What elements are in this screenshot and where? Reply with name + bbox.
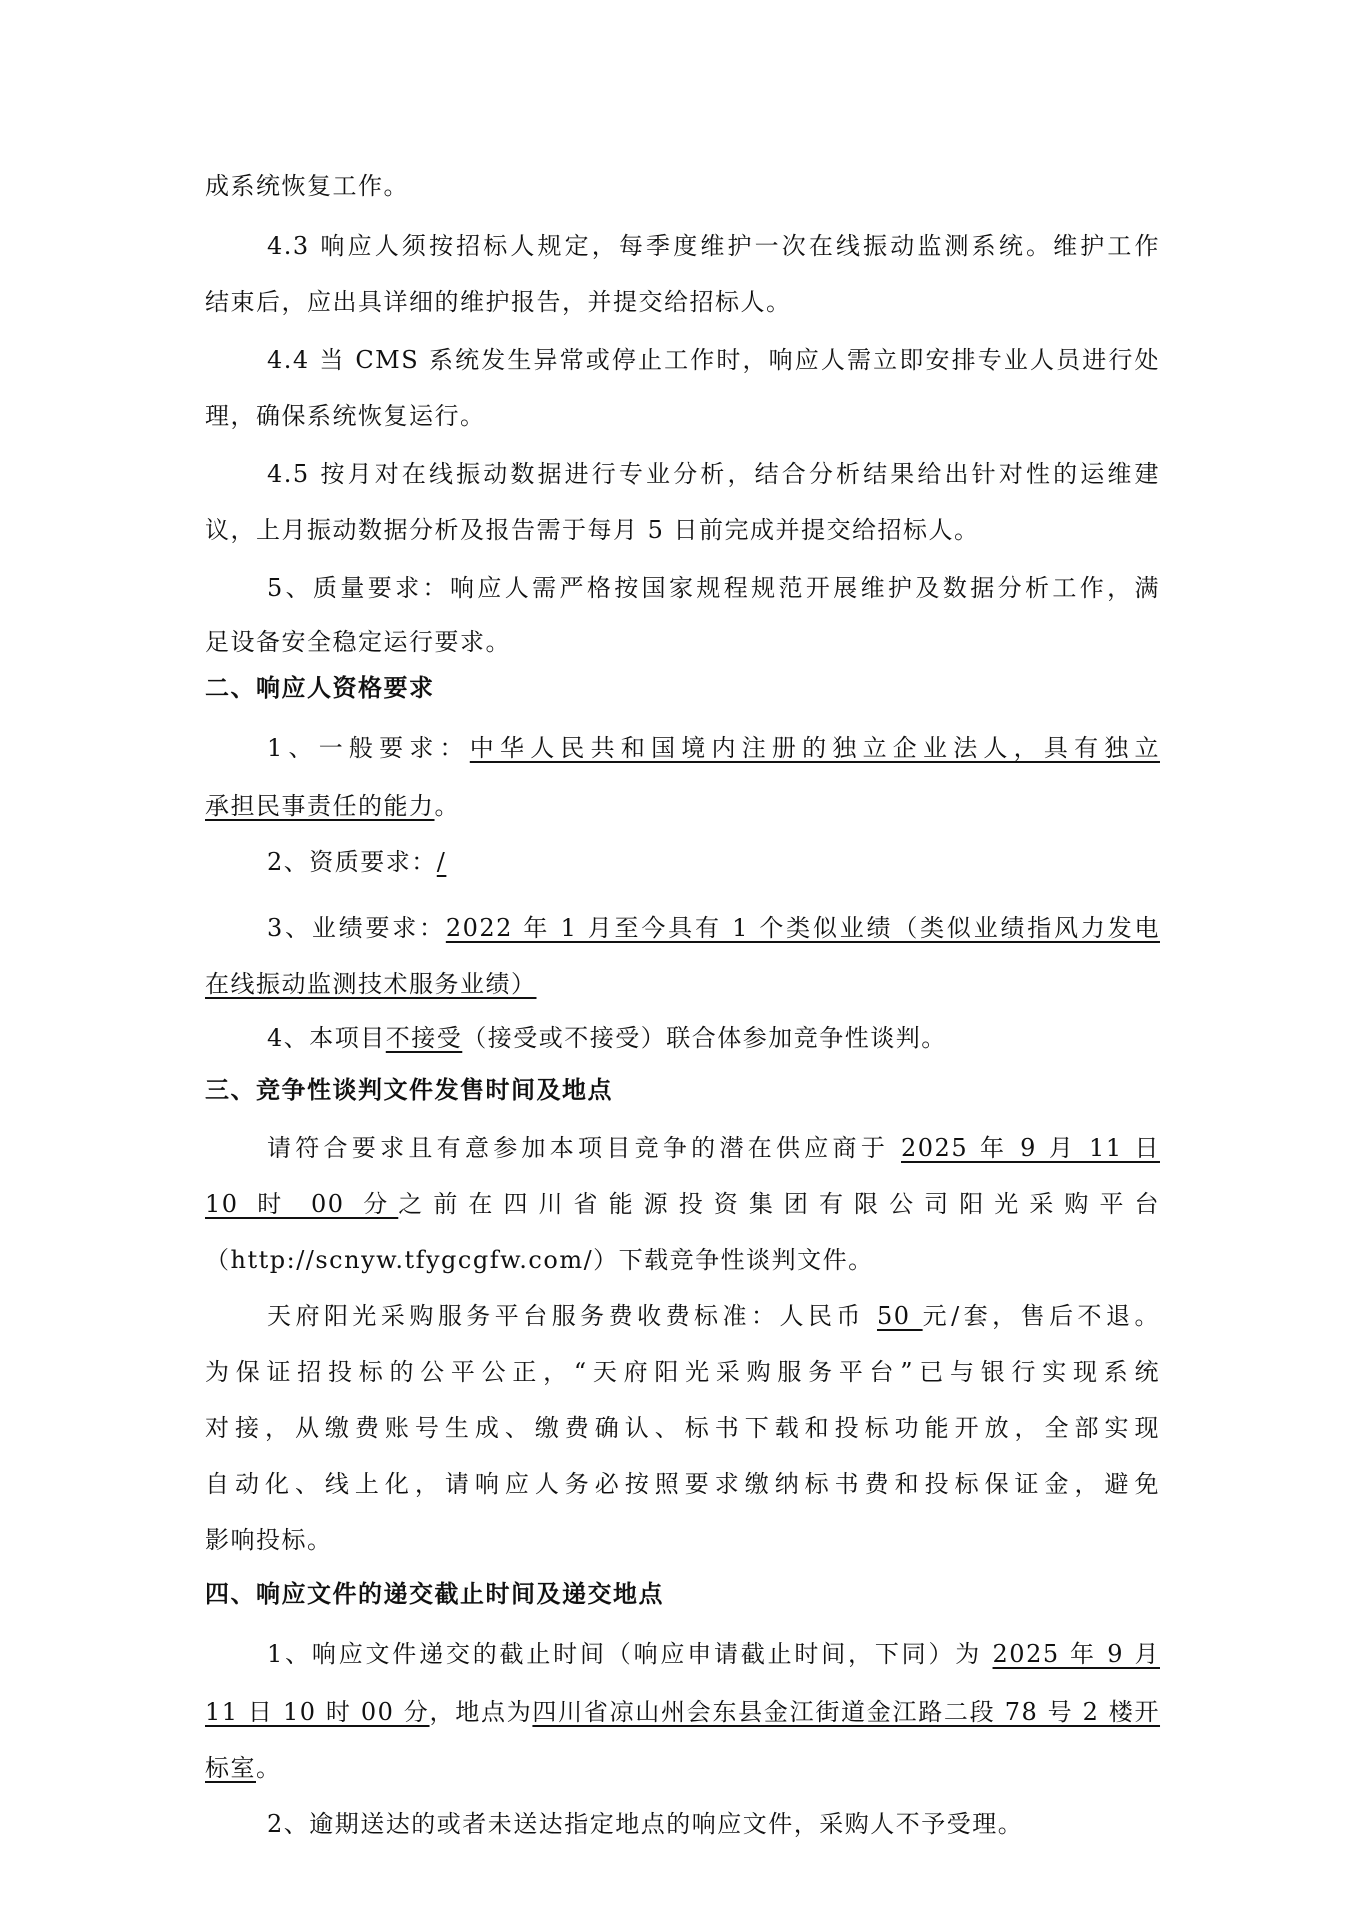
paragraph-line: 成系统恢复工作。 bbox=[205, 170, 409, 202]
requirement-consortium: 4、本项目不接受（接受或不接受）联合体参加竞争性谈判。 bbox=[267, 1022, 947, 1054]
late-submission-paragraph: 2、逾期送达的或者未送达指定地点的响应文件，采购人不予受理。 bbox=[267, 1808, 1023, 1840]
text: ，地点为 bbox=[430, 1698, 533, 1726]
paragraph-line: 结束后，应出具详细的维护报告，并提交给招标人。 bbox=[205, 286, 792, 318]
underlined-place: 四川省凉山州会东县金江街道金江路二段 78 号 2 楼开 bbox=[532, 1698, 1160, 1726]
underlined-value: 在线振动监测技术服务业绩） bbox=[205, 970, 537, 998]
underlined-time: 11 日 10 时 00 分 bbox=[205, 1698, 430, 1726]
sale-url: （http://scnyw.tfygcgfw.com/）下载竞争性谈判文件。 bbox=[205, 1244, 874, 1276]
requirement-general-cont: 承担民事责任的能力。 bbox=[205, 790, 460, 822]
underlined-place: 标室 bbox=[205, 1754, 256, 1782]
label: 3、业绩要求： bbox=[267, 914, 446, 942]
fee-paragraph: 天府阳光采购服务平台服务费收费标准：人民币 50 元/套，售后不退。 bbox=[267, 1300, 1160, 1332]
sale-paragraph-cont: 10 时 00 分之前在四川省能源投资集团有限公司阳光采购平台 bbox=[205, 1188, 1160, 1220]
underlined-value: 2022 年 1 月至今具有 1 个类似业绩（类似业绩指风力发电 bbox=[446, 914, 1160, 942]
underlined-date: 2025 年 9 月 11 日 bbox=[901, 1134, 1160, 1162]
label: 1、一般要求： bbox=[267, 734, 470, 762]
paragraph-line: 足设备安全稳定运行要求。 bbox=[205, 626, 511, 658]
punct: 。 bbox=[435, 792, 461, 820]
section-heading-submission: 四、响应文件的递交截止时间及递交地点 bbox=[205, 1578, 664, 1610]
fee-paragraph-cont: 自动化、线上化，请响应人务必按照要求缴纳标书费和投标保证金，避免 bbox=[205, 1468, 1160, 1500]
requirement-performance: 3、业绩要求：2022 年 1 月至今具有 1 个类似业绩（类似业绩指风力发电 bbox=[267, 912, 1160, 944]
section-heading-qualifications: 二、响应人资格要求 bbox=[205, 672, 435, 704]
punct: 。 bbox=[256, 1754, 282, 1782]
underlined-time: 10 时 00 分 bbox=[205, 1190, 398, 1218]
underlined-value: 不接受 bbox=[386, 1024, 463, 1052]
paragraph-4-4: 4.4 当 CMS 系统发生异常或停止工作时，响应人需立即安排专业人员进行处 bbox=[267, 344, 1160, 376]
fee-paragraph-cont: 影响投标。 bbox=[205, 1524, 333, 1556]
deadline-paragraph: 1、响应文件递交的截止时间（响应申请截止时间，下同）为 2025 年 9 月 bbox=[267, 1638, 1160, 1670]
paragraph-line: 议，上月振动数据分析及报告需于每月 5 日前完成并提交给招标人。 bbox=[205, 514, 980, 546]
paragraph-line: 理，确保系统恢复运行。 bbox=[205, 400, 486, 432]
requirement-qualification: 2、资质要求：/ bbox=[267, 846, 446, 878]
section-heading-sale: 三、竞争性谈判文件发售时间及地点 bbox=[205, 1074, 613, 1106]
deadline-paragraph-cont: 11 日 10 时 00 分，地点为四川省凉山州会东县金江街道金江路二段 78 … bbox=[205, 1696, 1160, 1728]
text: 元/套，售后不退。 bbox=[923, 1302, 1160, 1330]
text: 4、本项目 bbox=[267, 1024, 386, 1052]
text: 请符合要求且有意参加本项目竞争的潜在供应商于 bbox=[267, 1134, 901, 1162]
underlined-value: 承担民事责任的能力 bbox=[205, 792, 435, 820]
sale-paragraph: 请符合要求且有意参加本项目竞争的潜在供应商于 2025 年 9 月 11 日 bbox=[267, 1132, 1160, 1164]
paragraph-4-5: 4.5 按月对在线振动数据进行专业分析，结合分析结果给出针对性的运维建 bbox=[267, 458, 1160, 490]
deadline-paragraph-cont: 标室。 bbox=[205, 1752, 282, 1784]
fee-paragraph-cont: 为保证招投标的公平公正，“天府阳光采购服务平台”已与银行实现系统 bbox=[205, 1356, 1160, 1388]
underlined-amount: 50 bbox=[877, 1302, 923, 1330]
underlined-value: / bbox=[437, 848, 447, 876]
text: （接受或不接受）联合体参加竞争性谈判。 bbox=[462, 1024, 947, 1052]
underlined-date: 2025 年 9 月 bbox=[993, 1640, 1160, 1668]
text: 1、响应文件递交的截止时间（响应申请截止时间，下同）为 bbox=[267, 1640, 993, 1668]
requirement-performance-cont: 在线振动监测技术服务业绩） bbox=[205, 968, 537, 1000]
paragraph-quality: 5、质量要求：响应人需严格按国家规程规范开展维护及数据分析工作，满 bbox=[267, 572, 1160, 604]
underlined-value: 中华人民共和国境内注册的独立企业法人，具有独立 bbox=[470, 734, 1160, 762]
fee-paragraph-cont: 对接，从缴费账号生成、缴费确认、标书下载和投标功能开放，全部实现 bbox=[205, 1412, 1160, 1444]
paragraph-4-3: 4.3 响应人须按招标人规定，每季度维护一次在线振动监测系统。维护工作 bbox=[267, 230, 1160, 262]
requirement-general: 1、一般要求：中华人民共和国境内注册的独立企业法人，具有独立 bbox=[267, 732, 1160, 764]
label: 2、资质要求： bbox=[267, 848, 437, 876]
text: 之前在四川省能源投资集团有限公司阳光采购平台 bbox=[398, 1190, 1160, 1218]
text: 天府阳光采购服务平台服务费收费标准：人民币 bbox=[267, 1302, 877, 1330]
